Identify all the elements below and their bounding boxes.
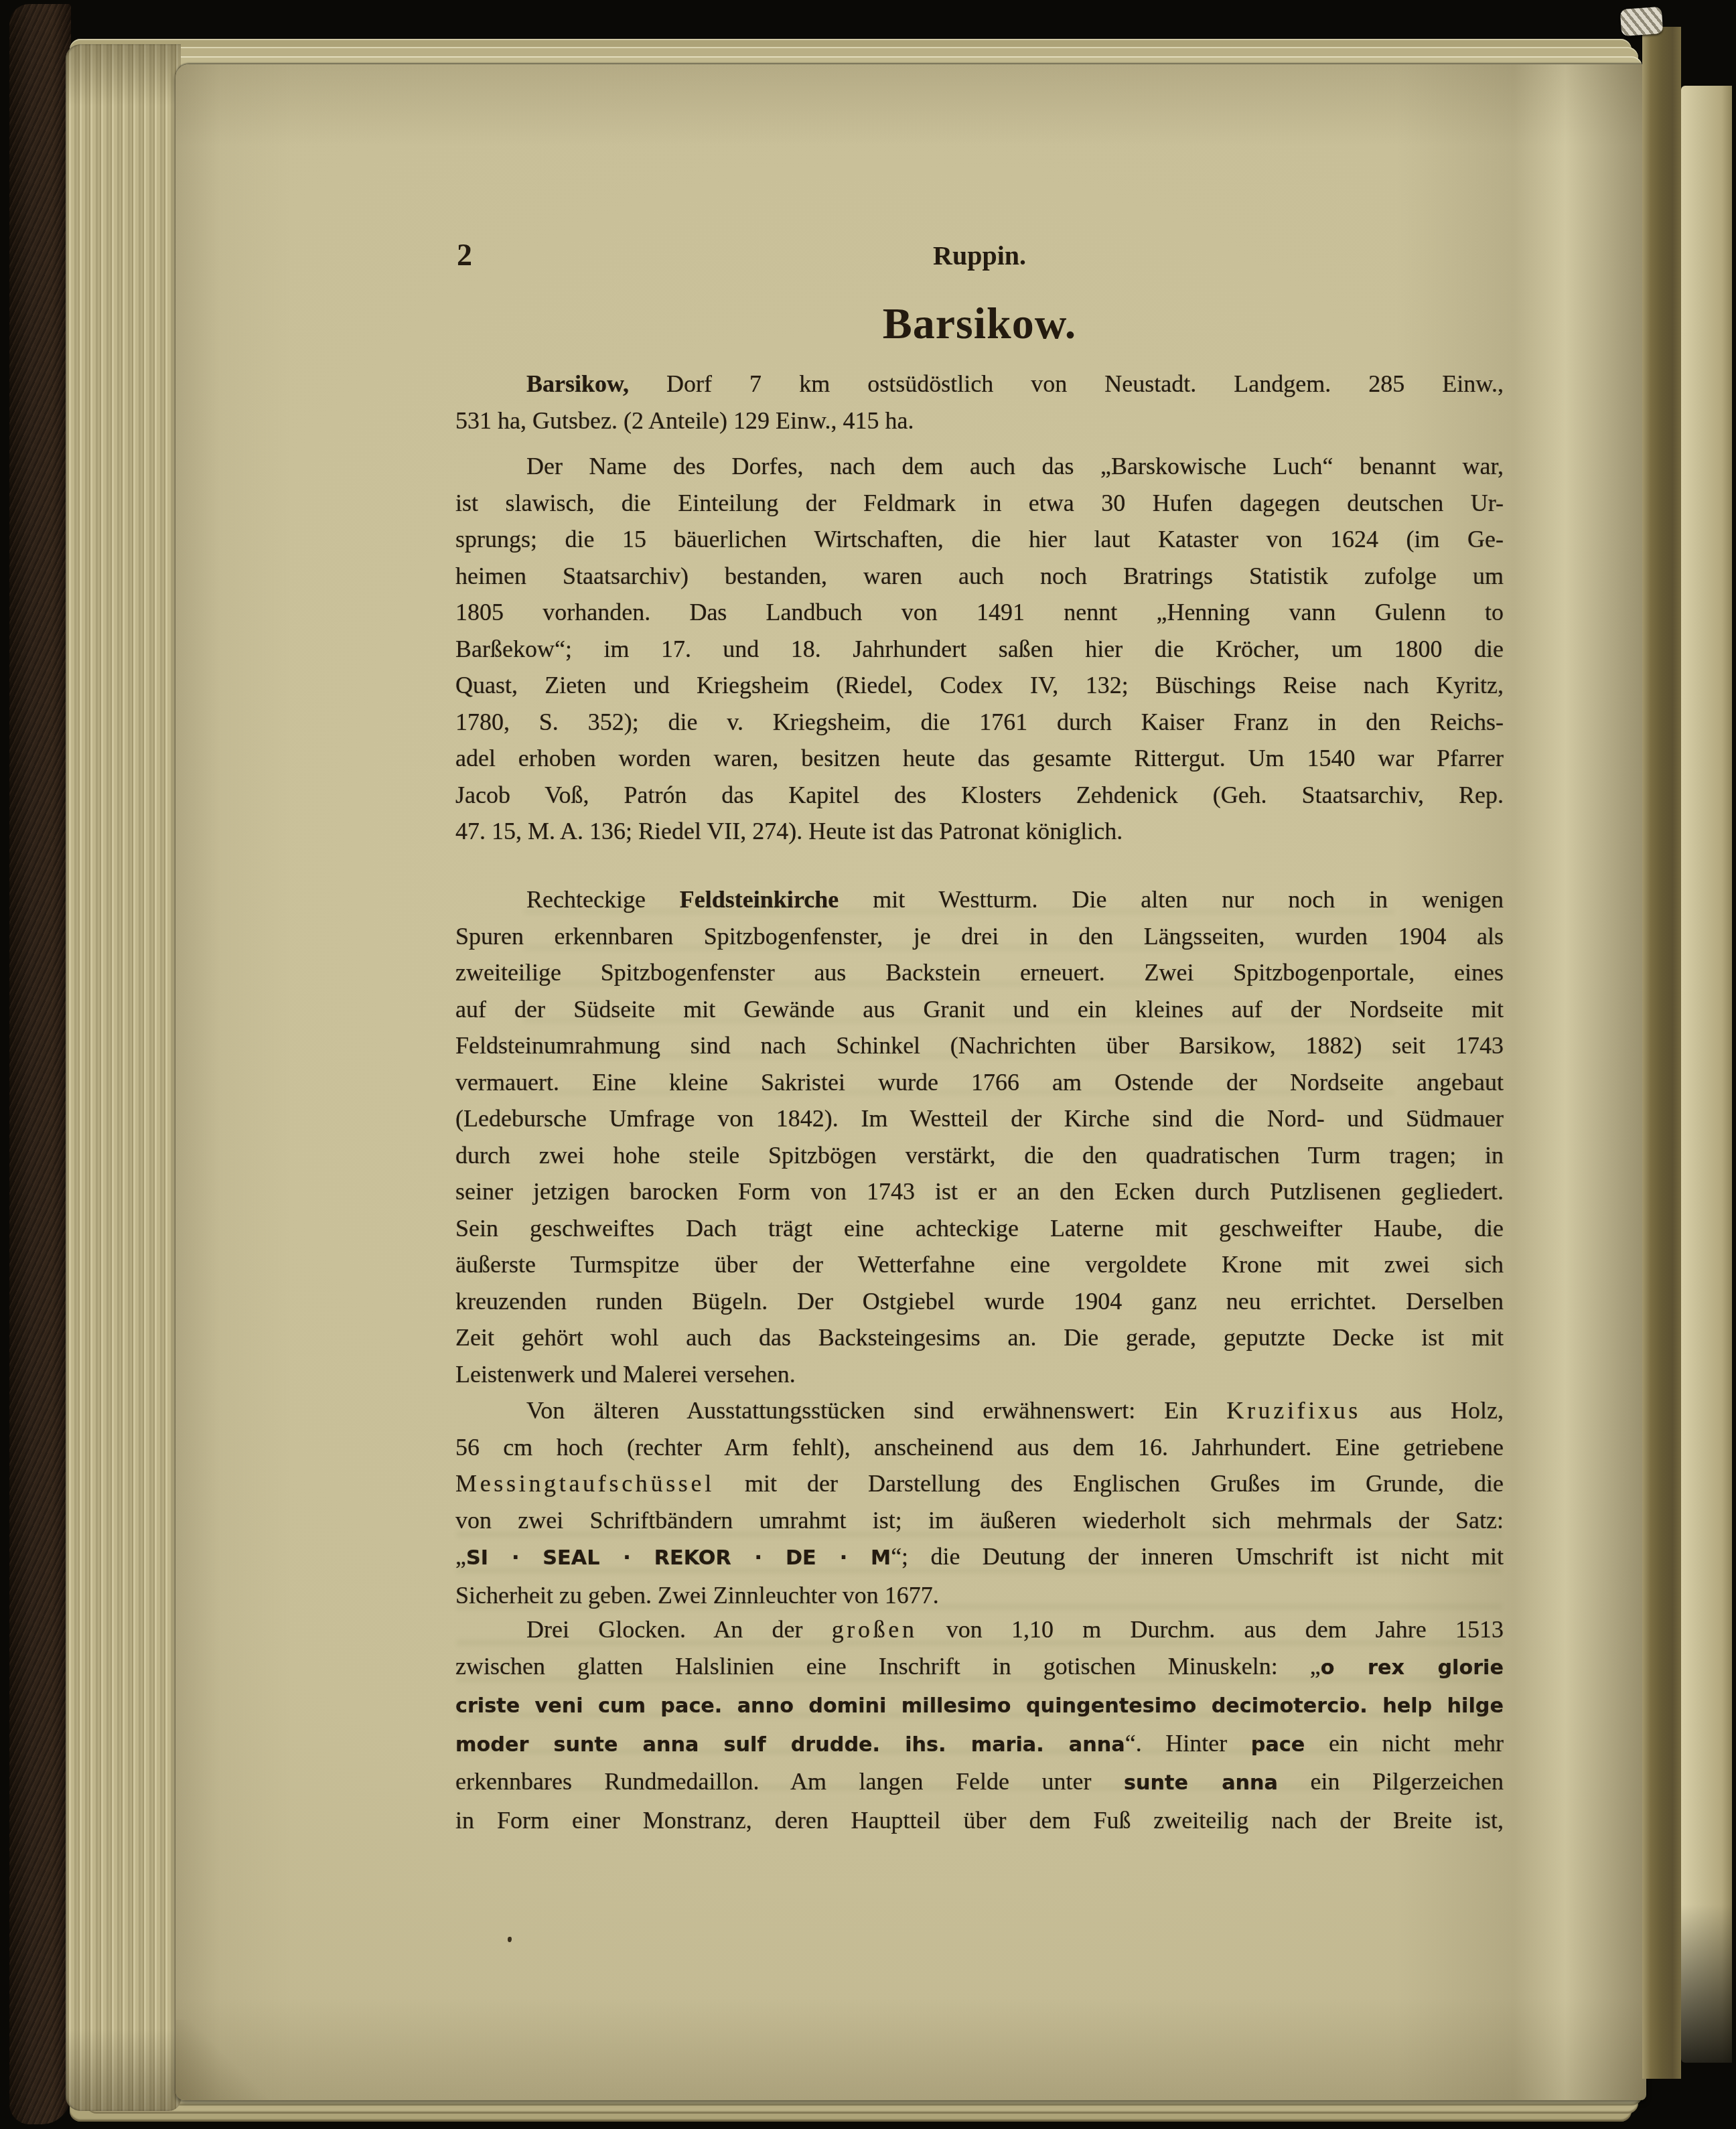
text-segment: Der Name des Dorfes, nach dem auch das „… [526,453,1504,480]
text-segment: “; die Deutung der inneren Umschrift ist… [891,1543,1504,1570]
text-line: äußerste Turmspitze über der Wetterfahne… [455,1246,1504,1283]
section-title: Barsikow. [455,299,1504,350]
text-line: Sicherheit zu geben. Zwei Zinnleuchter v… [455,1577,1504,1614]
text-segment: sprungs; die 15 bäuerlichen Wirtschaften… [455,526,1504,553]
text-line: erkennbares Rundmedaillon. Am langen Fel… [455,1763,1504,1802]
text-segment: aus Holz, [1361,1397,1504,1424]
text-segment: “. Hinter [1125,1730,1251,1757]
text-line: zweiteilige Spitzbogenfenster aus Backst… [455,954,1504,991]
text-segment: von 1,10 m Durchm. aus dem Jahre 1513 [918,1616,1504,1643]
running-header: Ruppin. [455,240,1504,271]
text-segment: Zeit gehört wohl auch das Backsteingesim… [455,1324,1504,1351]
text-segment: sunte anna [1124,1771,1278,1795]
text-line: Spuren erkennbaren Spitzbogenfenster, je… [455,918,1504,955]
paragraph: Von älteren Ausstattungsstücken sind erw… [455,1392,1504,1613]
text-line: Barsikow, Dorf 7 km ostsüdöstlich von Ne… [455,366,1504,402]
text-line: 56 cm hoch (rechter Arm fehlt), anschein… [455,1429,1504,1466]
text-segment: Messingtaufschüssel [455,1470,715,1497]
text-segment: Sicherheit zu geben. Zwei Zinnleuchter v… [455,1582,939,1609]
text-line: 1805 vorhanden. Das Landbuch von 1491 ne… [455,594,1504,631]
facing-page-edge [1681,86,1732,2063]
text-line: Quast, Zieten und Kriegsheim (Riedel, Co… [455,667,1504,704]
text-line: durch zwei hohe steile Spitzbögen verstä… [455,1137,1504,1174]
main-page: 2 Ruppin. Barsikow. Barsikow, Dorf 7 km … [175,64,1646,2100]
text-line: 531 ha, Gutsbez. (2 Anteile) 129 Einw., … [455,402,1504,439]
text-line: heimen Staatsarchiv) bestanden, waren au… [455,558,1504,595]
text-segment: Jacob Voß, Patrón das Kapitel des Kloste… [455,782,1504,808]
text-line: zwischen glatten Halslinien eine Inschri… [455,1648,1504,1687]
text-segment: 531 ha, Gutsbez. (2 Anteile) 129 Einw., … [455,407,914,434]
text-segment: ein Pilgerzeichen [1278,1768,1504,1795]
text-line: kreuzenden runden Bügeln. Der Ostgiebel … [455,1283,1504,1320]
text-line: ist slawisch, die Einteilung der Feldmar… [455,485,1504,522]
text-segment: Spuren erkennbaren Spitzbogenfenster, je… [455,923,1504,950]
text-segment: moder sunte anna sulf drudde. ihs. maria… [455,1733,1125,1757]
text-line: Drei Glocken. An der großen von 1,10 m D… [455,1611,1504,1648]
text-line: moder sunte anna sulf drudde. ihs. maria… [455,1725,1504,1764]
text-segment: Sein geschweiftes Dach trägt eine achtec… [455,1215,1504,1242]
text-segment: 1805 vorhanden. Das Landbuch von 1491 ne… [455,599,1504,626]
text-segment: erkennbares Rundmedaillon. Am langen Fel… [455,1768,1124,1795]
text-line: vermauert. Eine kleine Sakristei wurde 1… [455,1064,1504,1101]
text-segment: mit Westturm. Die alten nur noch in weni… [839,886,1504,913]
text-segment: äußerste Turmspitze über der Wetterfahne… [455,1251,1504,1278]
text-segment: zwischen glatten Halslinien eine Inschri… [455,1653,1321,1680]
text-segment: adel erhoben worden waren, besitzen heut… [455,745,1504,772]
text-segment: (Ledebursche Umfrage von 1842). Im Westt… [455,1105,1504,1132]
text-line: Rechteckige Feldsteinkirche mit Westturm… [455,881,1504,918]
text-segment: ist slawisch, die Einteilung der Feldmar… [455,490,1504,516]
text-segment: Von älteren Ausstattungsstücken sind erw… [526,1397,1226,1424]
text-segment: auf der Südseite mit Gewände aus Granit … [455,996,1504,1023]
text-line: Zeit gehört wohl auch das Backsteingesim… [455,1319,1504,1356]
text-line: 47. 15, M. A. 136; Riedel VII, 274). Heu… [455,813,1504,850]
text-segment: zweiteilige Spitzbogenfenster aus Backst… [455,959,1504,986]
text-segment: Rechteckige [526,886,680,913]
book-cover-edge [9,4,71,2124]
text-line: in Form einer Monstranz, deren Hauptteil… [455,1802,1504,1839]
book-photo: { "book": { "page_number": "2", "running… [0,0,1736,2129]
text-segment: „ [455,1543,466,1570]
paragraph: Rechteckige Feldsteinkirche mit Westturm… [455,881,1504,1392]
text-segment: Barßekow“; im 17. und 18. Jahrhundert sa… [455,636,1504,662]
page-stack-edge [66,44,181,2111]
headband [1620,7,1664,36]
text-line: auf der Südseite mit Gewände aus Granit … [455,991,1504,1028]
text-line: (Ledebursche Umfrage von 1842). Im Westt… [455,1100,1504,1137]
text-segment: Leistenwerk und Malerei versehen. [455,1361,796,1388]
paragraph: Der Name des Dorfes, nach dem auch das „… [455,448,1504,850]
text-line: seiner jetzigen barocken Form von 1743 i… [455,1173,1504,1210]
text-segment: SI · SEAL · REKOR · DE · M [466,1546,891,1570]
text-segment: von zwei Schriftbändern umrahmt ist; im … [455,1507,1504,1534]
text-line: Von älteren Ausstattungsstücken sind erw… [455,1392,1504,1429]
text-segment: durch zwei hohe steile Spitzbögen verstä… [455,1142,1504,1169]
text-segment: kreuzenden runden Bügeln. Der Ostgiebel … [455,1288,1504,1315]
text-line: Feldsteinumrahmung sind nach Schinkel (N… [455,1027,1504,1064]
text-segment: Kruzifixus [1226,1397,1361,1424]
paragraph: Drei Glocken. An der großen von 1,10 m D… [455,1611,1504,1838]
text-segment: ein nicht mehr [1305,1730,1504,1757]
text-segment: Feldsteinumrahmung sind nach Schinkel (N… [455,1032,1504,1059]
text-line: Barßekow“; im 17. und 18. Jahrhundert sa… [455,631,1504,668]
text-line: adel erhoben worden waren, besitzen heut… [455,740,1504,777]
text-segment: in Form einer Monstranz, deren Hauptteil… [455,1807,1504,1834]
text-line: Jacob Voß, Patrón das Kapitel des Kloste… [455,777,1504,814]
gutter-shadow [1642,27,1681,2079]
text-line: Sein geschweiftes Dach trägt eine achtec… [455,1210,1504,1247]
corner-crease [175,2020,269,2100]
page-header: 2 Ruppin. [455,233,1504,273]
text-segment: Feldsteinkirche [680,886,839,913]
text-segment: Quast, Zieten und Kriegsheim (Riedel, Co… [455,672,1504,699]
text-segment: Dorf 7 km ostsüdöstlich von Neustadt. La… [629,370,1504,397]
text-segment: 1780, S. 352); die v. Kriegsheim, die 17… [455,709,1504,735]
text-segment: großen [832,1616,918,1643]
text-line: criste veni cum pace. anno domini milles… [455,1686,1504,1725]
text-line: 1780, S. 352); die v. Kriegsheim, die 17… [455,704,1504,741]
text-segment: heimen Staatsarchiv) bestanden, waren au… [455,563,1504,589]
text-segment: pace [1251,1733,1305,1757]
text-segment: mit der Darstellung des Englischen Gruße… [715,1470,1504,1497]
text-line: Der Name des Dorfes, nach dem auch das „… [455,448,1504,485]
text-line: „SI · SEAL · REKOR · DE · M“; die Deutun… [455,1538,1504,1577]
text-segment: Drei Glocken. An der [526,1616,832,1643]
text-line: von zwei Schriftbändern umrahmt ist; im … [455,1502,1504,1539]
paragraph: Barsikow, Dorf 7 km ostsüdöstlich von Ne… [455,366,1504,439]
printed-content: 2 Ruppin. Barsikow. Barsikow, Dorf 7 km … [455,64,1504,2100]
text-line: sprungs; die 15 bäuerlichen Wirtschaften… [455,521,1504,558]
text-line: Messingtaufschüssel mit der Darstellung … [455,1465,1504,1502]
text-segment: vermauert. Eine kleine Sakristei wurde 1… [455,1069,1504,1096]
text-segment: 56 cm hoch (rechter Arm fehlt), anschein… [455,1434,1504,1461]
text-segment: criste veni cum pace. anno domini milles… [455,1694,1504,1718]
text-segment: seiner jetzigen barocken Form von 1743 i… [455,1178,1504,1205]
text-line: Leistenwerk und Malerei versehen. [455,1356,1504,1393]
text-segment: o rex glorie [1321,1656,1504,1680]
text-segment: 47. 15, M. A. 136; Riedel VII, 274). Heu… [455,818,1123,845]
text-segment: Barsikow, [526,370,629,397]
